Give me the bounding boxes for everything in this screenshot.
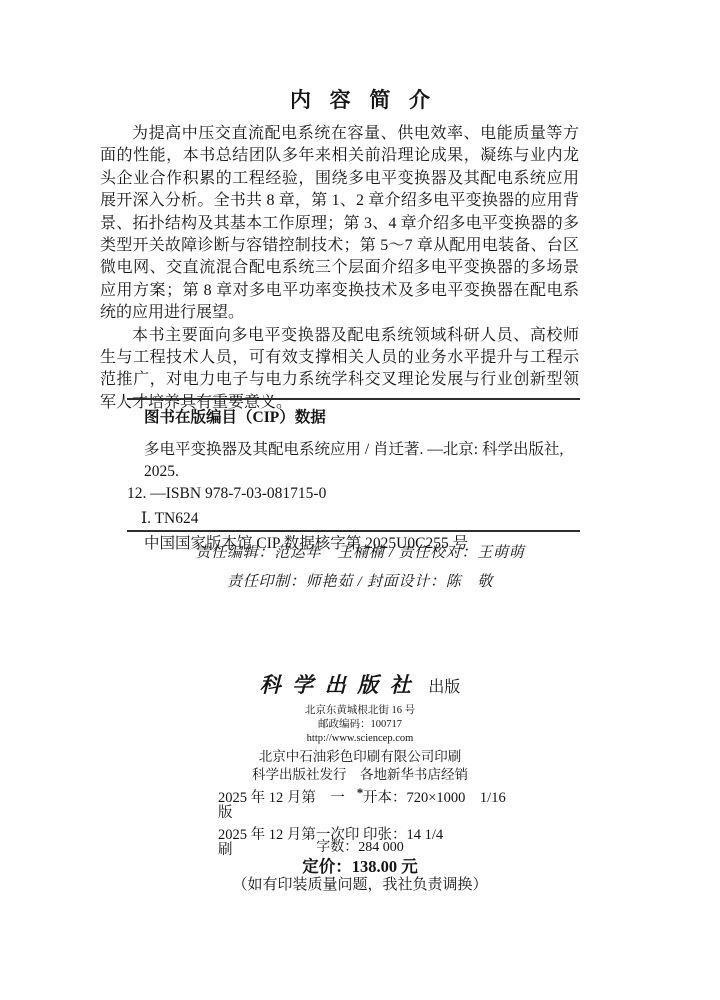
content-summary: 为提高中压交直流配电系统在容量、供电效率、电能质量等方面的性能，本书总结团队多年…: [100, 123, 579, 414]
press-postcode: 邮政编码：100717: [0, 718, 720, 732]
press-address: 北京东黄城根北街 16 号: [0, 704, 720, 718]
editors-credit-line: 责任编辑：范运年 王楠楠 / 责任校对：王萌萌: [0, 539, 720, 568]
edition-line: 2025 年 12 月第 一 版: [218, 791, 363, 821]
cip-classification: Ⅰ. TN624: [127, 508, 580, 530]
quality-notice-line: （如有印装质量问题，我社负责调换）: [0, 873, 720, 894]
press-role-label: 出版: [428, 679, 460, 696]
intro-paragraph-1: 为提高中压交直流配电系统在容量、供电效率、电能质量等方面的性能，本书总结团队多年…: [100, 123, 579, 325]
staff-credits: 责任编辑：范运年 王楠楠 / 责任校对：王萌萌 责任印制：师艳茹 / 封面设计：…: [0, 539, 720, 597]
intro-paragraph-2: 本书主要面向多电平变换器及配电系统领域科研人员、高校师生与工程技术人员，可有效支…: [100, 325, 579, 415]
cip-record-line-2: 12. —ISBN 978-7-03-081715-0: [127, 483, 580, 505]
format-line: 开本：720×1000 1/16: [363, 791, 506, 821]
distribution-line: 科学出版社发行 各地新华书店经销: [0, 768, 720, 782]
press-name-line: 科学出版社 出版: [0, 672, 720, 701]
page-title: 内 容 简 介: [0, 84, 720, 114]
cip-record-line-1: 多电平变换器及其配电系统应用 / 肖迁著. —北京: 科学出版社, 2025.: [127, 439, 580, 483]
divider-middle: [127, 530, 580, 532]
press-website: http://www.sciencep.com: [0, 732, 720, 746]
book-copyright-page: 内 容 简 介 为提高中压交直流配电系统在容量、供电效率、电能质量等方面的性能，…: [0, 0, 720, 1000]
press-name-logotype: 科学出版社: [260, 673, 423, 697]
cip-heading: 图书在版编目（CIP）数据: [127, 407, 580, 429]
cip-data-block: 图书在版编目（CIP）数据 多电平变换器及其配电系统应用 / 肖迁著. —北京:…: [127, 407, 580, 555]
divider-top: [127, 398, 580, 400]
print-design-credit-line: 责任印制：师艳茹 / 封面设计：陈 敬: [0, 568, 720, 597]
printer-line: 北京中石油彩色印刷有限公司印刷: [0, 750, 720, 764]
publisher-block: 科学出版社 出版 北京东黄城根北街 16 号 邮政编码：100717 http:…: [0, 672, 720, 800]
